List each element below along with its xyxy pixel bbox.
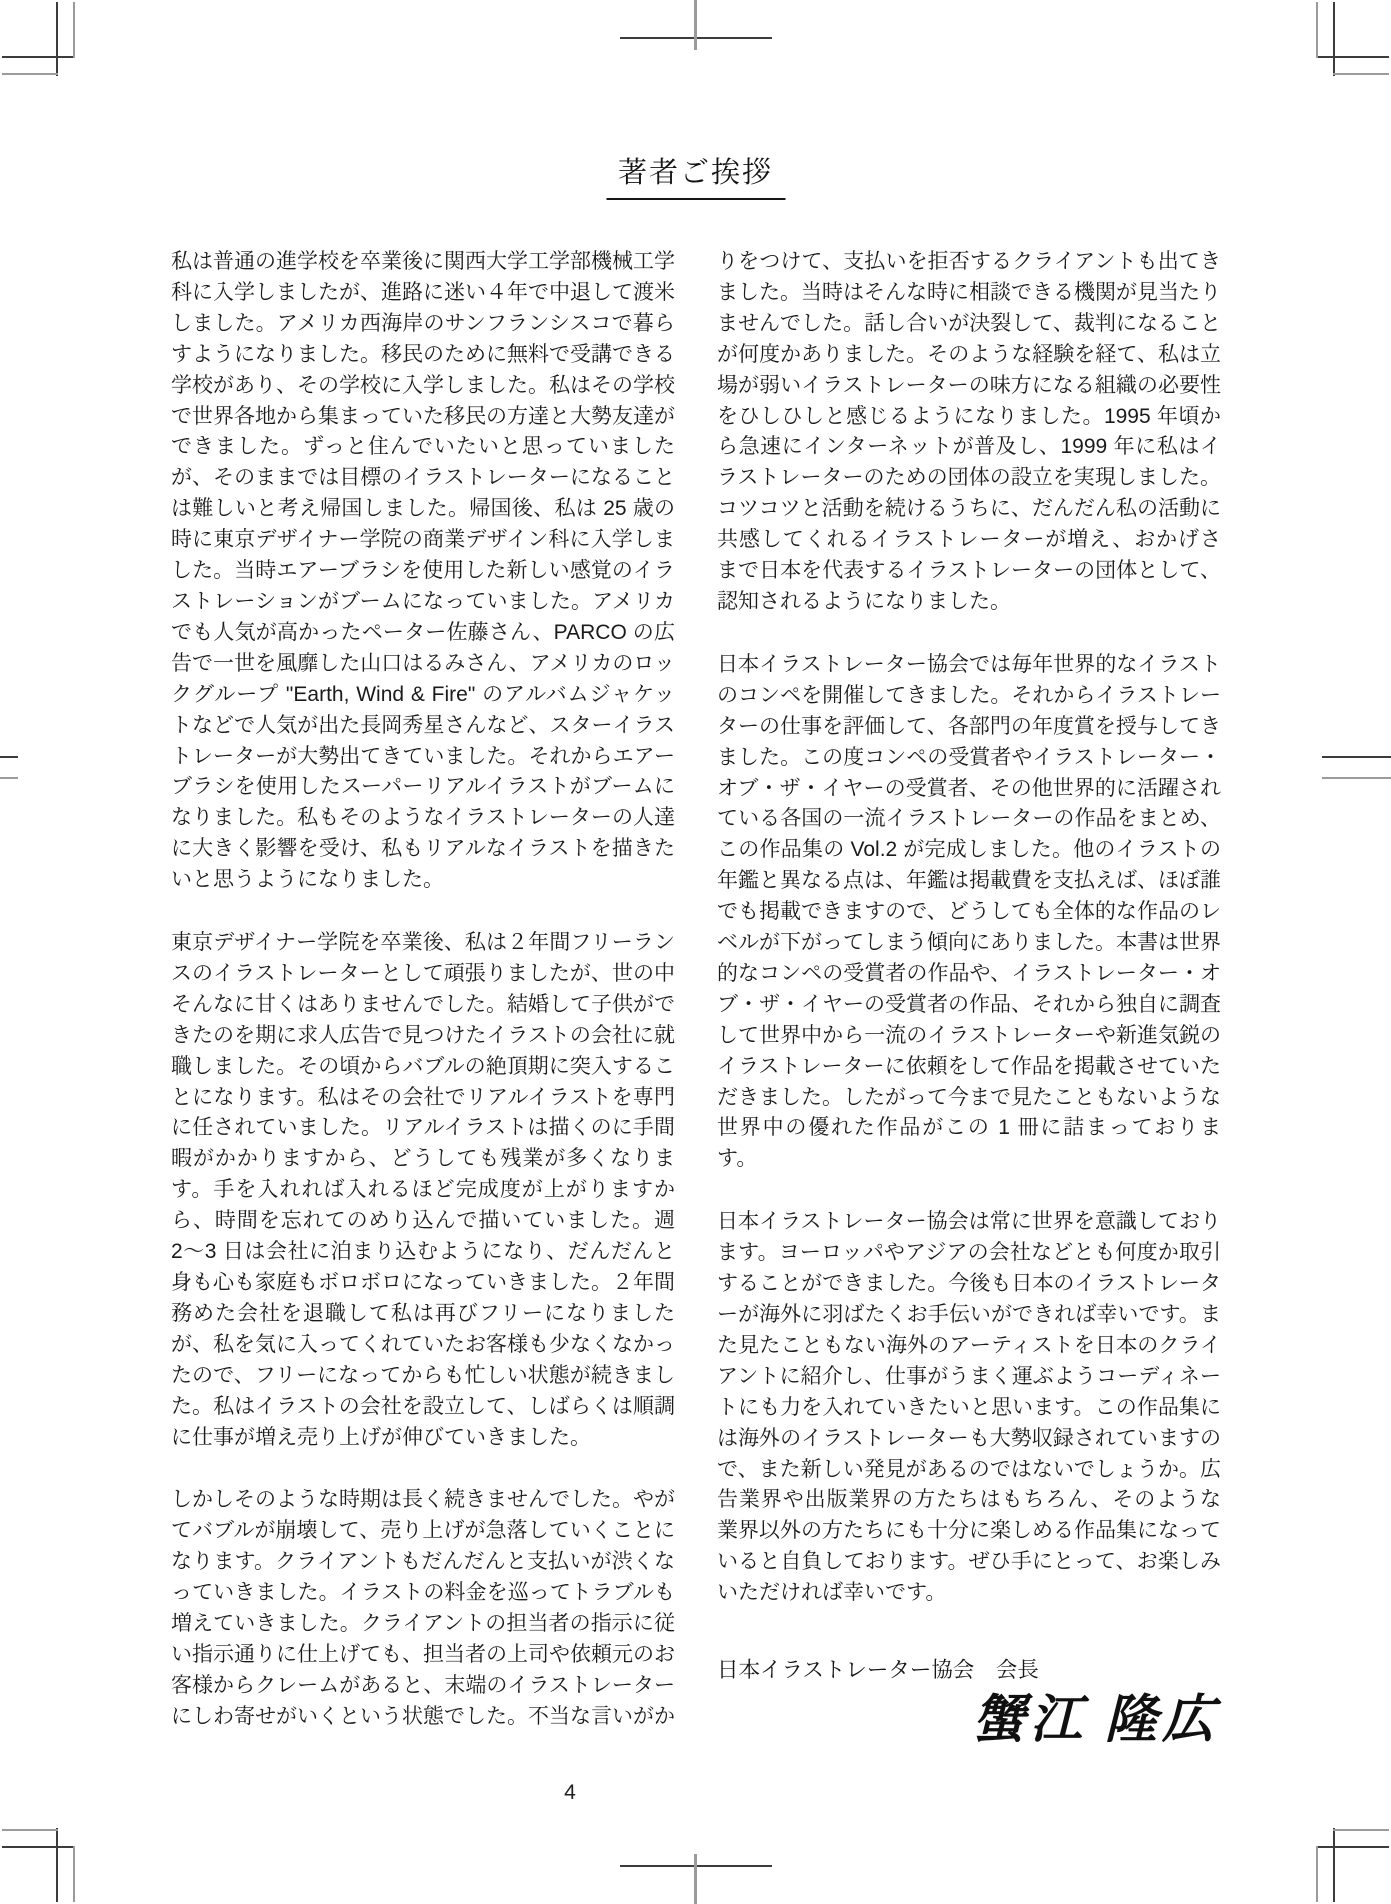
side-mark-right-lower	[1322, 777, 1391, 779]
side-mark-right-upper	[1322, 756, 1391, 758]
trim-mark-top-right-bleed-vertical	[1316, 2, 1318, 58]
trim-mark-top-right-vertical	[1333, 2, 1335, 76]
paragraph-association-founding: りをつけて、支払いを拒否するクライアントも出てきました。当時はそんな時に相談でき…	[717, 247, 1221, 618]
paragraph-competition-volume2: 日本イラストレーター協会では毎年世界的なイラストのコンペを開催してきました。それ…	[717, 650, 1221, 1175]
paragraph-bubble-collapse: しかしそのような時期は長く続きませんでした。やがてバブルが崩壊して、売り上げが急…	[171, 1485, 675, 1732]
trim-mark-bottom-left-horizontal	[2, 1846, 74, 1848]
trim-mark-bottom-right-vertical	[1333, 1828, 1335, 1902]
right-column: りをつけて、支払いを拒否するクライアントも出てきました。当時はそんな時に相談でき…	[717, 247, 1221, 1753]
trim-mark-top-left-bleed-horizontal	[2, 73, 58, 75]
trim-mark-top-left-horizontal	[2, 56, 74, 58]
trim-mark-bottom-right-horizontal	[1317, 1846, 1389, 1848]
side-mark-left-upper	[0, 756, 18, 758]
center-mark-bottom-vertical	[694, 1854, 697, 1904]
trim-mark-top-right-horizontal	[1317, 56, 1389, 58]
center-mark-top-vertical	[694, 0, 697, 50]
paragraph-career-beginning: 私は普通の進学校を卒業後に関西大学工学部機械工学科に入学しましたが、進路に迷い４…	[171, 247, 675, 896]
trim-mark-top-right-bleed-horizontal	[1333, 73, 1389, 75]
paragraph-global-outlook: 日本イラストレーター協会は常に世界を意識しております。ヨーロッパやアジアの会社な…	[717, 1207, 1221, 1609]
left-column: 私は普通の進学校を卒業後に関西大学工学部機械工学科に入学しましたが、進路に迷い４…	[171, 247, 675, 1733]
page-number: 4	[540, 1781, 600, 1805]
trim-mark-bottom-left-bleed-vertical	[73, 1846, 75, 1902]
trim-mark-bottom-right-bleed-vertical	[1316, 1846, 1318, 1902]
trim-mark-top-left-bleed-vertical	[73, 2, 75, 58]
paragraph-freelance-company: 東京デザイナー学院を卒業後、私は２年間フリーランスのイラストレーターとして頑張り…	[171, 928, 675, 1453]
trim-mark-bottom-left-bleed-horizontal	[2, 1829, 58, 1831]
organization-chairman-line: 日本イラストレーター協会 会長	[717, 1655, 1221, 1686]
document-page: 著者ご挨拶 私は普通の進学校を卒業後に関西大学工学部機械工学科に入学しましたが、…	[0, 0, 1391, 1904]
trim-mark-top-left-vertical	[56, 2, 58, 76]
trim-mark-bottom-right-bleed-horizontal	[1333, 1829, 1389, 1831]
trim-mark-bottom-left-vertical	[56, 1828, 58, 1902]
chairman-signature: 蟹江 隆広	[717, 1688, 1221, 1753]
side-mark-left-lower	[0, 777, 18, 779]
page-title: 著者ご挨拶	[606, 157, 785, 200]
